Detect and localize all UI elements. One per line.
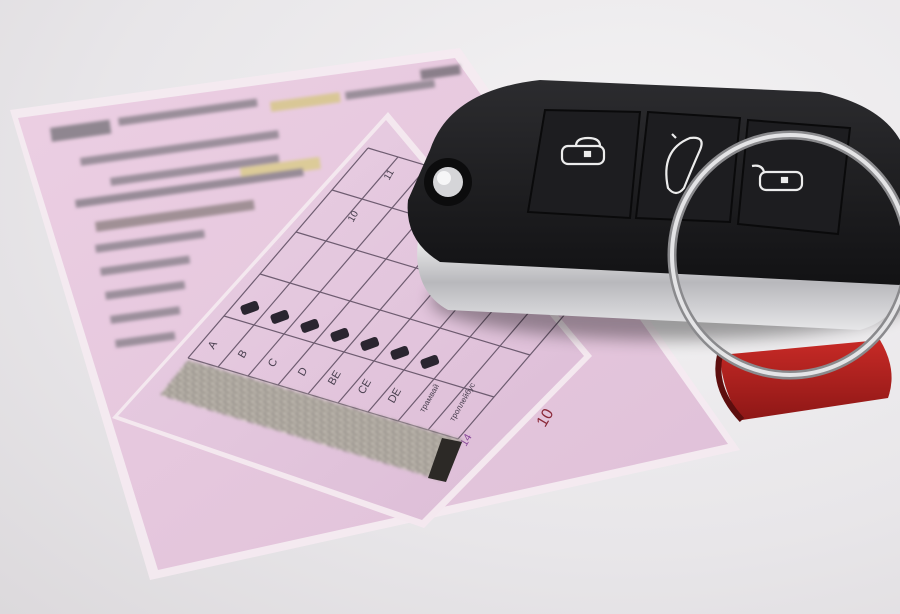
trunk-button[interactable] [636, 112, 740, 222]
car-key-fob [408, 80, 900, 330]
scene-svg: 10 ABCDBECEDEтрамвайтроллейбус101114 [0, 0, 900, 614]
lock-button[interactable] [528, 110, 640, 218]
blade-release-button[interactable] [424, 158, 472, 206]
photo-scene: 10 ABCDBECEDEтрамвайтроллейбус101114 [0, 0, 900, 614]
